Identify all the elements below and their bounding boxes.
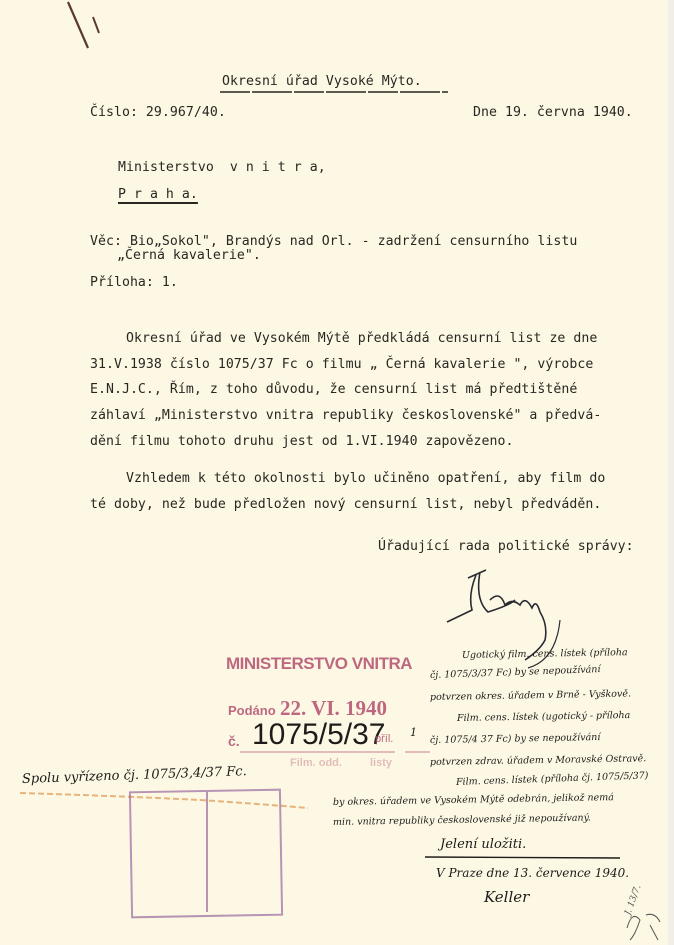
body-line: záhlaví „Ministerstvo vnitra republiky č… xyxy=(90,408,601,423)
recipient-city: P r a h a. xyxy=(118,187,198,202)
handwritten-file-instruction: Jelení uložiti. xyxy=(440,837,526,852)
stamp-number-prefix: č. xyxy=(228,733,240,749)
body-line: Vzhledem k této okolnosti bylo učiněno o… xyxy=(126,471,605,486)
attachment-note: Příloha: 1. xyxy=(90,275,178,290)
body-line: 31.V.1938 číslo 1075/37 Fc o filmu „ Čer… xyxy=(90,357,593,372)
receipt-box-divider xyxy=(206,792,208,912)
document-date: Dne 19. června 1940. xyxy=(473,105,633,120)
subject-line-1: Věc: Bio„Sokol", Brandýs nad Orl. - zadr… xyxy=(90,234,577,249)
body-line: Okresní úřad ve Vysokém Mýtě předkládá c… xyxy=(126,331,597,346)
stamp-sheets-label: listy xyxy=(370,757,392,769)
handwritten-signature: Keller xyxy=(484,888,529,906)
office-header: Okresní úřad Vysoké Mýto. xyxy=(222,74,422,89)
stamp-film-label: Film. odd. xyxy=(290,757,342,769)
stamp-attachments-count: 1 xyxy=(410,726,417,739)
subject-line-2: „Černá kavalerie". xyxy=(117,248,261,263)
stamp-attachments-label: příl. xyxy=(375,733,393,745)
body-line: dění filmu tohoto druhu jest od 1.VI.194… xyxy=(90,434,513,449)
handwritten-place-date: V Praze dne 13. července 1940. xyxy=(436,866,629,880)
recipient-ministry: Ministerstvo v n i t r a, xyxy=(118,160,326,175)
body-line: té doby, než bude předložen nový censurn… xyxy=(90,497,601,512)
reference-number: Číslo: 29.967/40. xyxy=(90,105,226,120)
body-line: E.N.J.C., Řím, z toho důvodu, že censurn… xyxy=(90,382,577,397)
stamp-ministry: MINISTERSTVO VNITRA xyxy=(226,654,412,674)
stamp-number: 1075/5/37 xyxy=(252,718,385,752)
signature-block: Úřadující rada politické správy: xyxy=(378,539,634,554)
stamp-received-label: Podáno xyxy=(228,703,276,718)
